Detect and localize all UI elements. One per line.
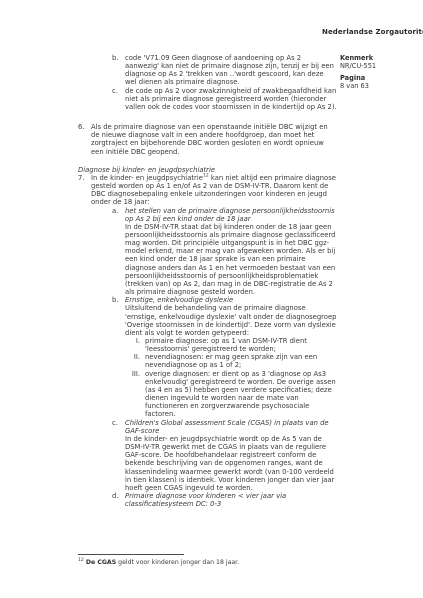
sub-item-d: d. Primaire diagnose voor kinderen < vie… (78, 492, 337, 508)
pagina-value: 8 van 63 (340, 82, 376, 90)
footnote-marker: 12 (78, 558, 84, 563)
sub-item-b: b. Ernstige, enkelvoudige dyslexie Uitsl… (78, 296, 337, 418)
footnote-text: geldt voor kinderen jonger dan 18 jaar. (116, 559, 239, 566)
list-item-text: primaire diagnose: op as 1 van DSM-IV-TR… (145, 337, 337, 353)
kenmerk-label: Kenmerk (340, 54, 376, 62)
list-item-text: het stellen van de primaire diagnose per… (125, 207, 337, 297)
list-marker: b. (112, 296, 125, 304)
kenmerk-value: NR/CU-551 (340, 62, 376, 70)
roman-item-3: III. overige diagnosen: er dient op as 3… (125, 370, 337, 419)
footnote-divider (78, 554, 184, 555)
sub-item-body: In de DSM-IV-TR staat dat bij kinderen o… (125, 223, 337, 296)
org-logo: Nederlandse Zorgautoriteit (322, 28, 423, 36)
list-marker: 7. (78, 174, 91, 182)
sub-item-title: Children's Global assessment Scale (CGAS… (125, 419, 337, 435)
footnote-lead: De CGAS (86, 559, 116, 566)
list-item-7: 7. In de kinder- en jeugdpsychiatrie12 k… (78, 174, 337, 207)
sub-item-a: a. het stellen van de primaire diagnose … (78, 207, 337, 297)
document-body: b. code 'V71.09 Geen diagnose of aandoen… (78, 54, 337, 508)
sub-item-body: In de kinder- en jeugdpsychiatrie wordt … (125, 435, 337, 492)
list-item-text: overige diagnosen: er dient op as 3 'dia… (145, 370, 337, 419)
list-item-text: code 'V71.09 Geen diagnose of aandoening… (125, 54, 337, 87)
list-marker: III. (127, 370, 140, 378)
item7-intro: In de kinder- en jeugdpsychiatrie (91, 174, 203, 182)
list-item-b-carryover: b. code 'V71.09 Geen diagnose of aandoen… (78, 54, 337, 87)
roman-item-2: II. nevendiagnosen: er mag geen sprake z… (125, 353, 337, 369)
list-marker: d. (112, 492, 125, 500)
list-item-text: de code op As 2 voor zwakzinnigheid of z… (125, 87, 337, 111)
footnote: 12 De CGAS geldt voor kinderen jonger da… (78, 559, 348, 567)
list-marker: b. (112, 54, 125, 62)
sub-item-body: Uitsluitend de behandeling van de primai… (125, 304, 337, 337)
list-item-text: Ernstige, enkelvoudige dyslexie Uitsluit… (125, 296, 337, 418)
sub-item-title: het stellen van de primaire diagnose per… (125, 207, 337, 223)
list-marker: II. (127, 353, 140, 361)
list-marker: a. (112, 207, 125, 215)
list-item-text: Primaire diagnose voor kinderen < vier j… (125, 492, 337, 508)
list-marker: c. (112, 87, 125, 95)
list-marker: 6. (78, 123, 91, 131)
sub-item-title: Primaire diagnose voor kinderen < vier j… (125, 492, 337, 508)
list-item-text: Children's Global assessment Scale (CGAS… (125, 419, 337, 492)
list-item-6: 6. Als de primaire diagnose van een open… (78, 123, 337, 156)
document-meta: Kenmerk NR/CU-551 Pagina 8 van 63 (340, 54, 376, 90)
list-item-text: Als de primaire diagnose van een opensta… (91, 123, 337, 156)
pagina-label: Pagina (340, 74, 376, 82)
sub-item-c: c. Children's Global assessment Scale (C… (78, 419, 337, 492)
list-item-c-carryover: c. de code op As 2 voor zwakzinnigheid o… (78, 87, 337, 111)
list-item-text: In de kinder- en jeugdpsychiatrie12 kan … (91, 174, 337, 207)
list-marker: I. (127, 337, 140, 345)
roman-item-1: I. primaire diagnose: op as 1 van DSM-IV… (125, 337, 337, 353)
list-item-text: nevendiagnosen: er mag geen sprake zijn … (145, 353, 337, 369)
sub-item-title: Ernstige, enkelvoudige dyslexie (125, 296, 337, 304)
list-marker: c. (112, 419, 125, 427)
